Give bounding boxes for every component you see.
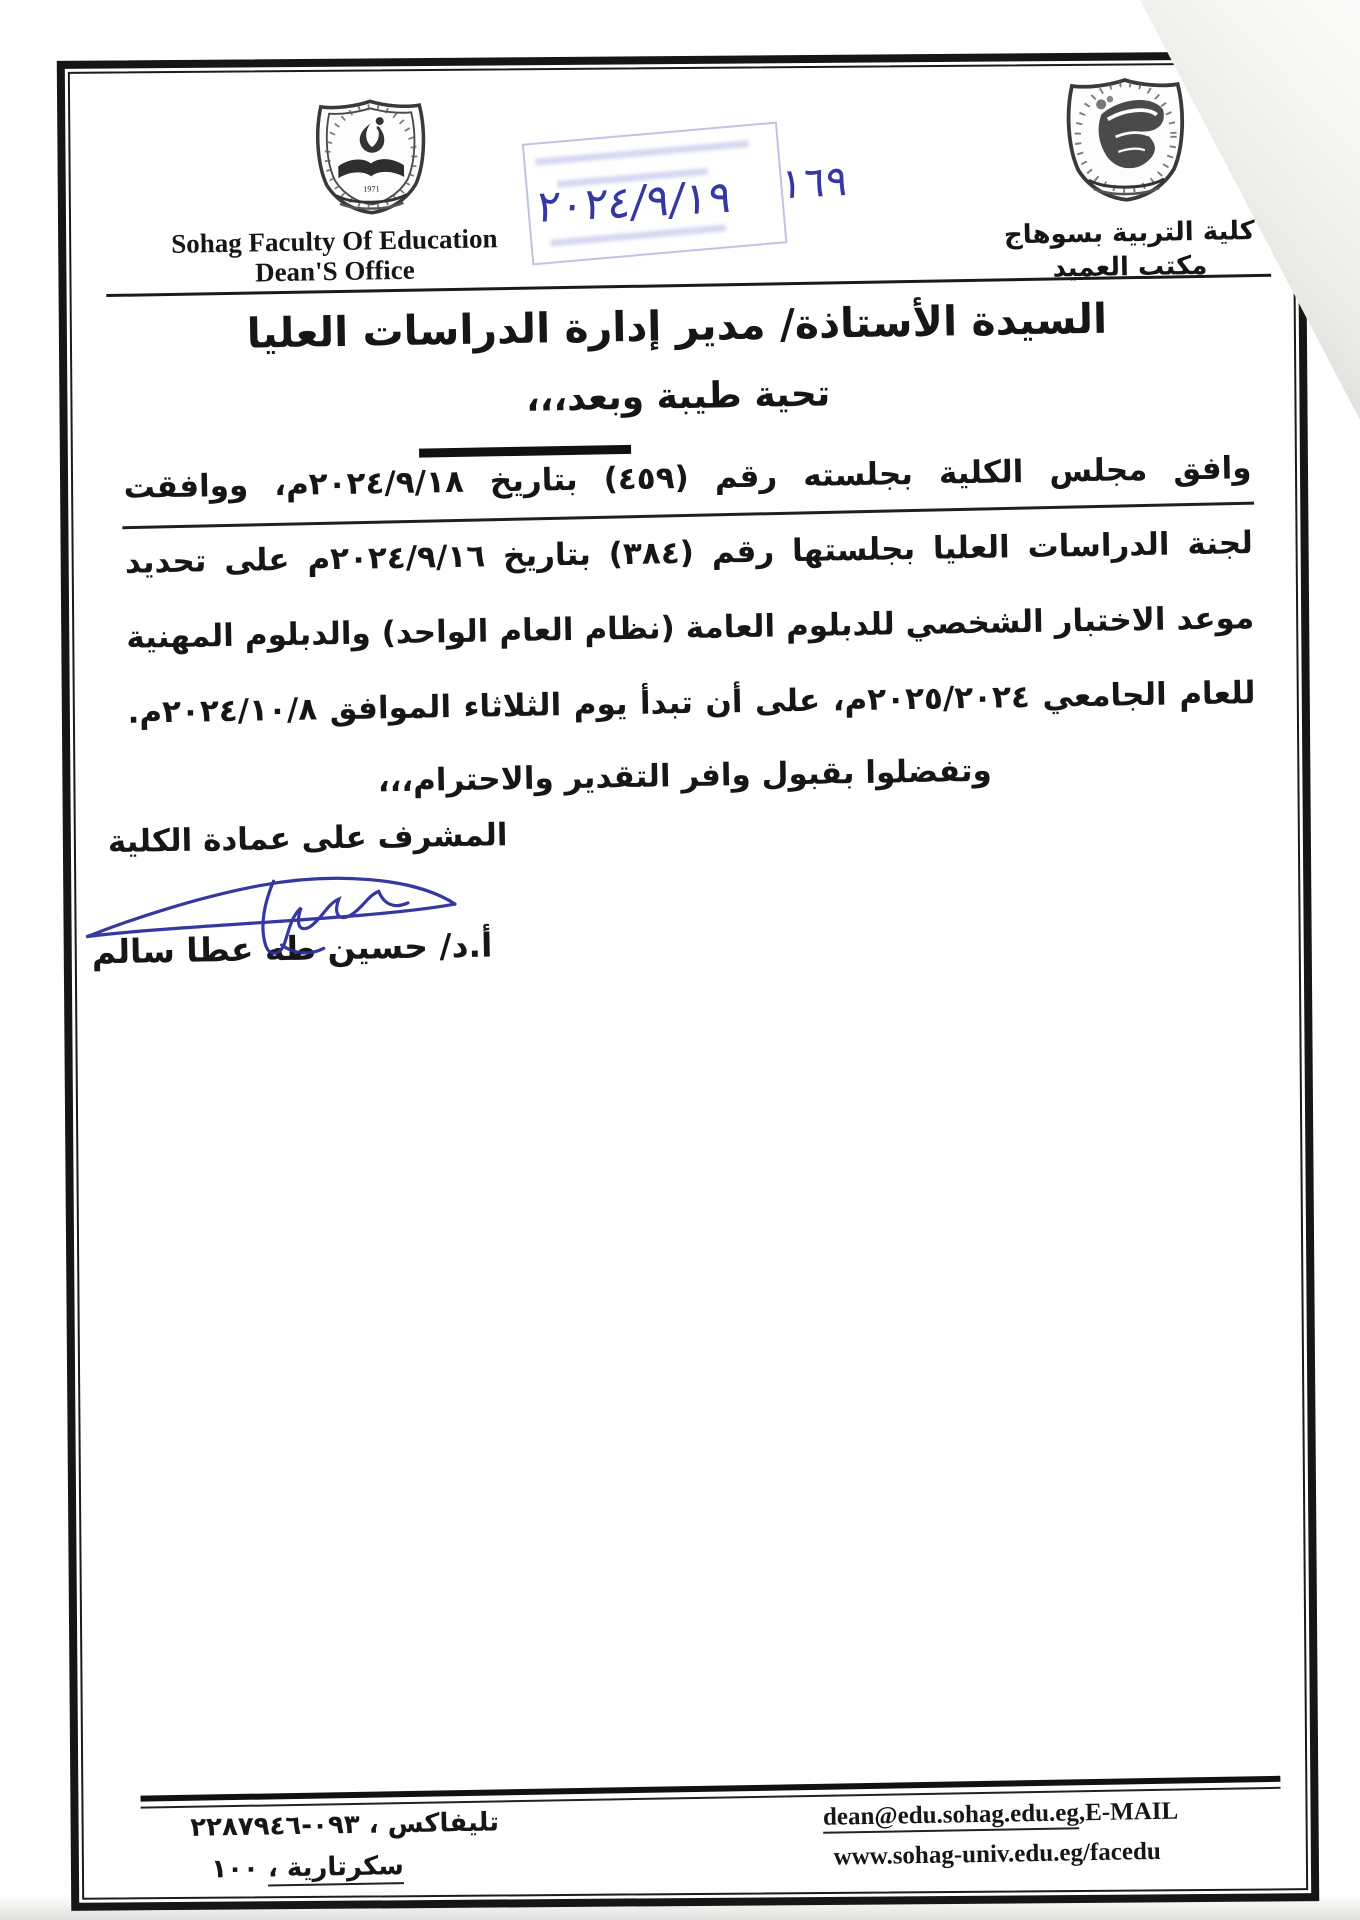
email-address: dean@edu.sohag.edu.eg — [823, 1799, 1079, 1833]
handwritten-entry-number: ١٦٩ — [779, 156, 850, 209]
body-line-1: وافق مجلس الكلية بجلسته رقم (٤٥٩) بتاريخ… — [123, 450, 1251, 506]
university-seal-icon — [1059, 75, 1193, 203]
secretary-number: ١٠٠ — [211, 1854, 259, 1885]
faculty-name-english: Sohag Faculty Of Education Dean'S Office — [119, 222, 550, 289]
faculty-name-ar-line1: كلية التربية بسوهاج — [994, 214, 1265, 253]
stamp-faint-text-line — [535, 140, 749, 166]
body-line-2: لجنة الدراسات العليا بجلستها رقم (٣٨٤) ب… — [125, 525, 1253, 581]
telefax-number: ٠٩٣-٢٢٨٧٩٤٦ — [190, 1810, 360, 1843]
signatory-name: أ.د/ حسين طه عطا سالم — [91, 925, 492, 971]
secretary-line: سكرتارية ، ١٠٠ — [168, 1851, 404, 1885]
page-border-frame: 1971 Sohag Faculty Of Education Dean'S O… — [57, 51, 1319, 1911]
faculty-seal-icon: 1971 — [309, 96, 433, 216]
secretary-label: سكرتارية ، — [268, 1851, 404, 1886]
telefax-label: تليفاكس ، — [368, 1807, 499, 1839]
website-line: www.sohag-univ.edu.eg/facedu — [833, 1836, 1253, 1871]
seal-year-label: 1971 — [363, 184, 380, 193]
signatory-title: المشرف على عمادة الكلية — [108, 817, 508, 860]
handwritten-date: ٢٠٢٤/٩/١٩ — [535, 172, 733, 233]
scanned-letter-page: 1971 Sohag Faculty Of Education Dean'S O… — [0, 0, 1360, 1920]
email-label: ,E-MAIL — [1079, 1798, 1179, 1827]
body-line-4: للعام الجامعي ٢٠٢٥/٢٠٢٤م، على أن تبدأ يو… — [127, 675, 1255, 731]
email-line: dean@edu.sohag.edu.eg,E-MAIL — [823, 1796, 1243, 1831]
body-line-3: موعد الاختبار الشخصي للدبلوم العامة (نظا… — [126, 600, 1254, 656]
greeting-underline-rule — [419, 445, 631, 458]
recipient-line: السيدة الأستاذة/ مدير إدارة الدراسات الع… — [61, 291, 1294, 360]
letter-content: 1971 Sohag Faculty Of Education Dean'S O… — [56, 53, 1320, 1908]
body-line-1-underline — [122, 502, 1254, 530]
greeting-line: تحية طيبة وبعد،،، — [62, 365, 1295, 427]
telefax-line: تليفاكس ، ٠٩٣-٢٢٨٧٩٤٦ — [187, 1807, 499, 1842]
closing-courtesy-line: وتفضلوا بقبول وافر التقدير والاحترام،،، — [69, 747, 1301, 804]
